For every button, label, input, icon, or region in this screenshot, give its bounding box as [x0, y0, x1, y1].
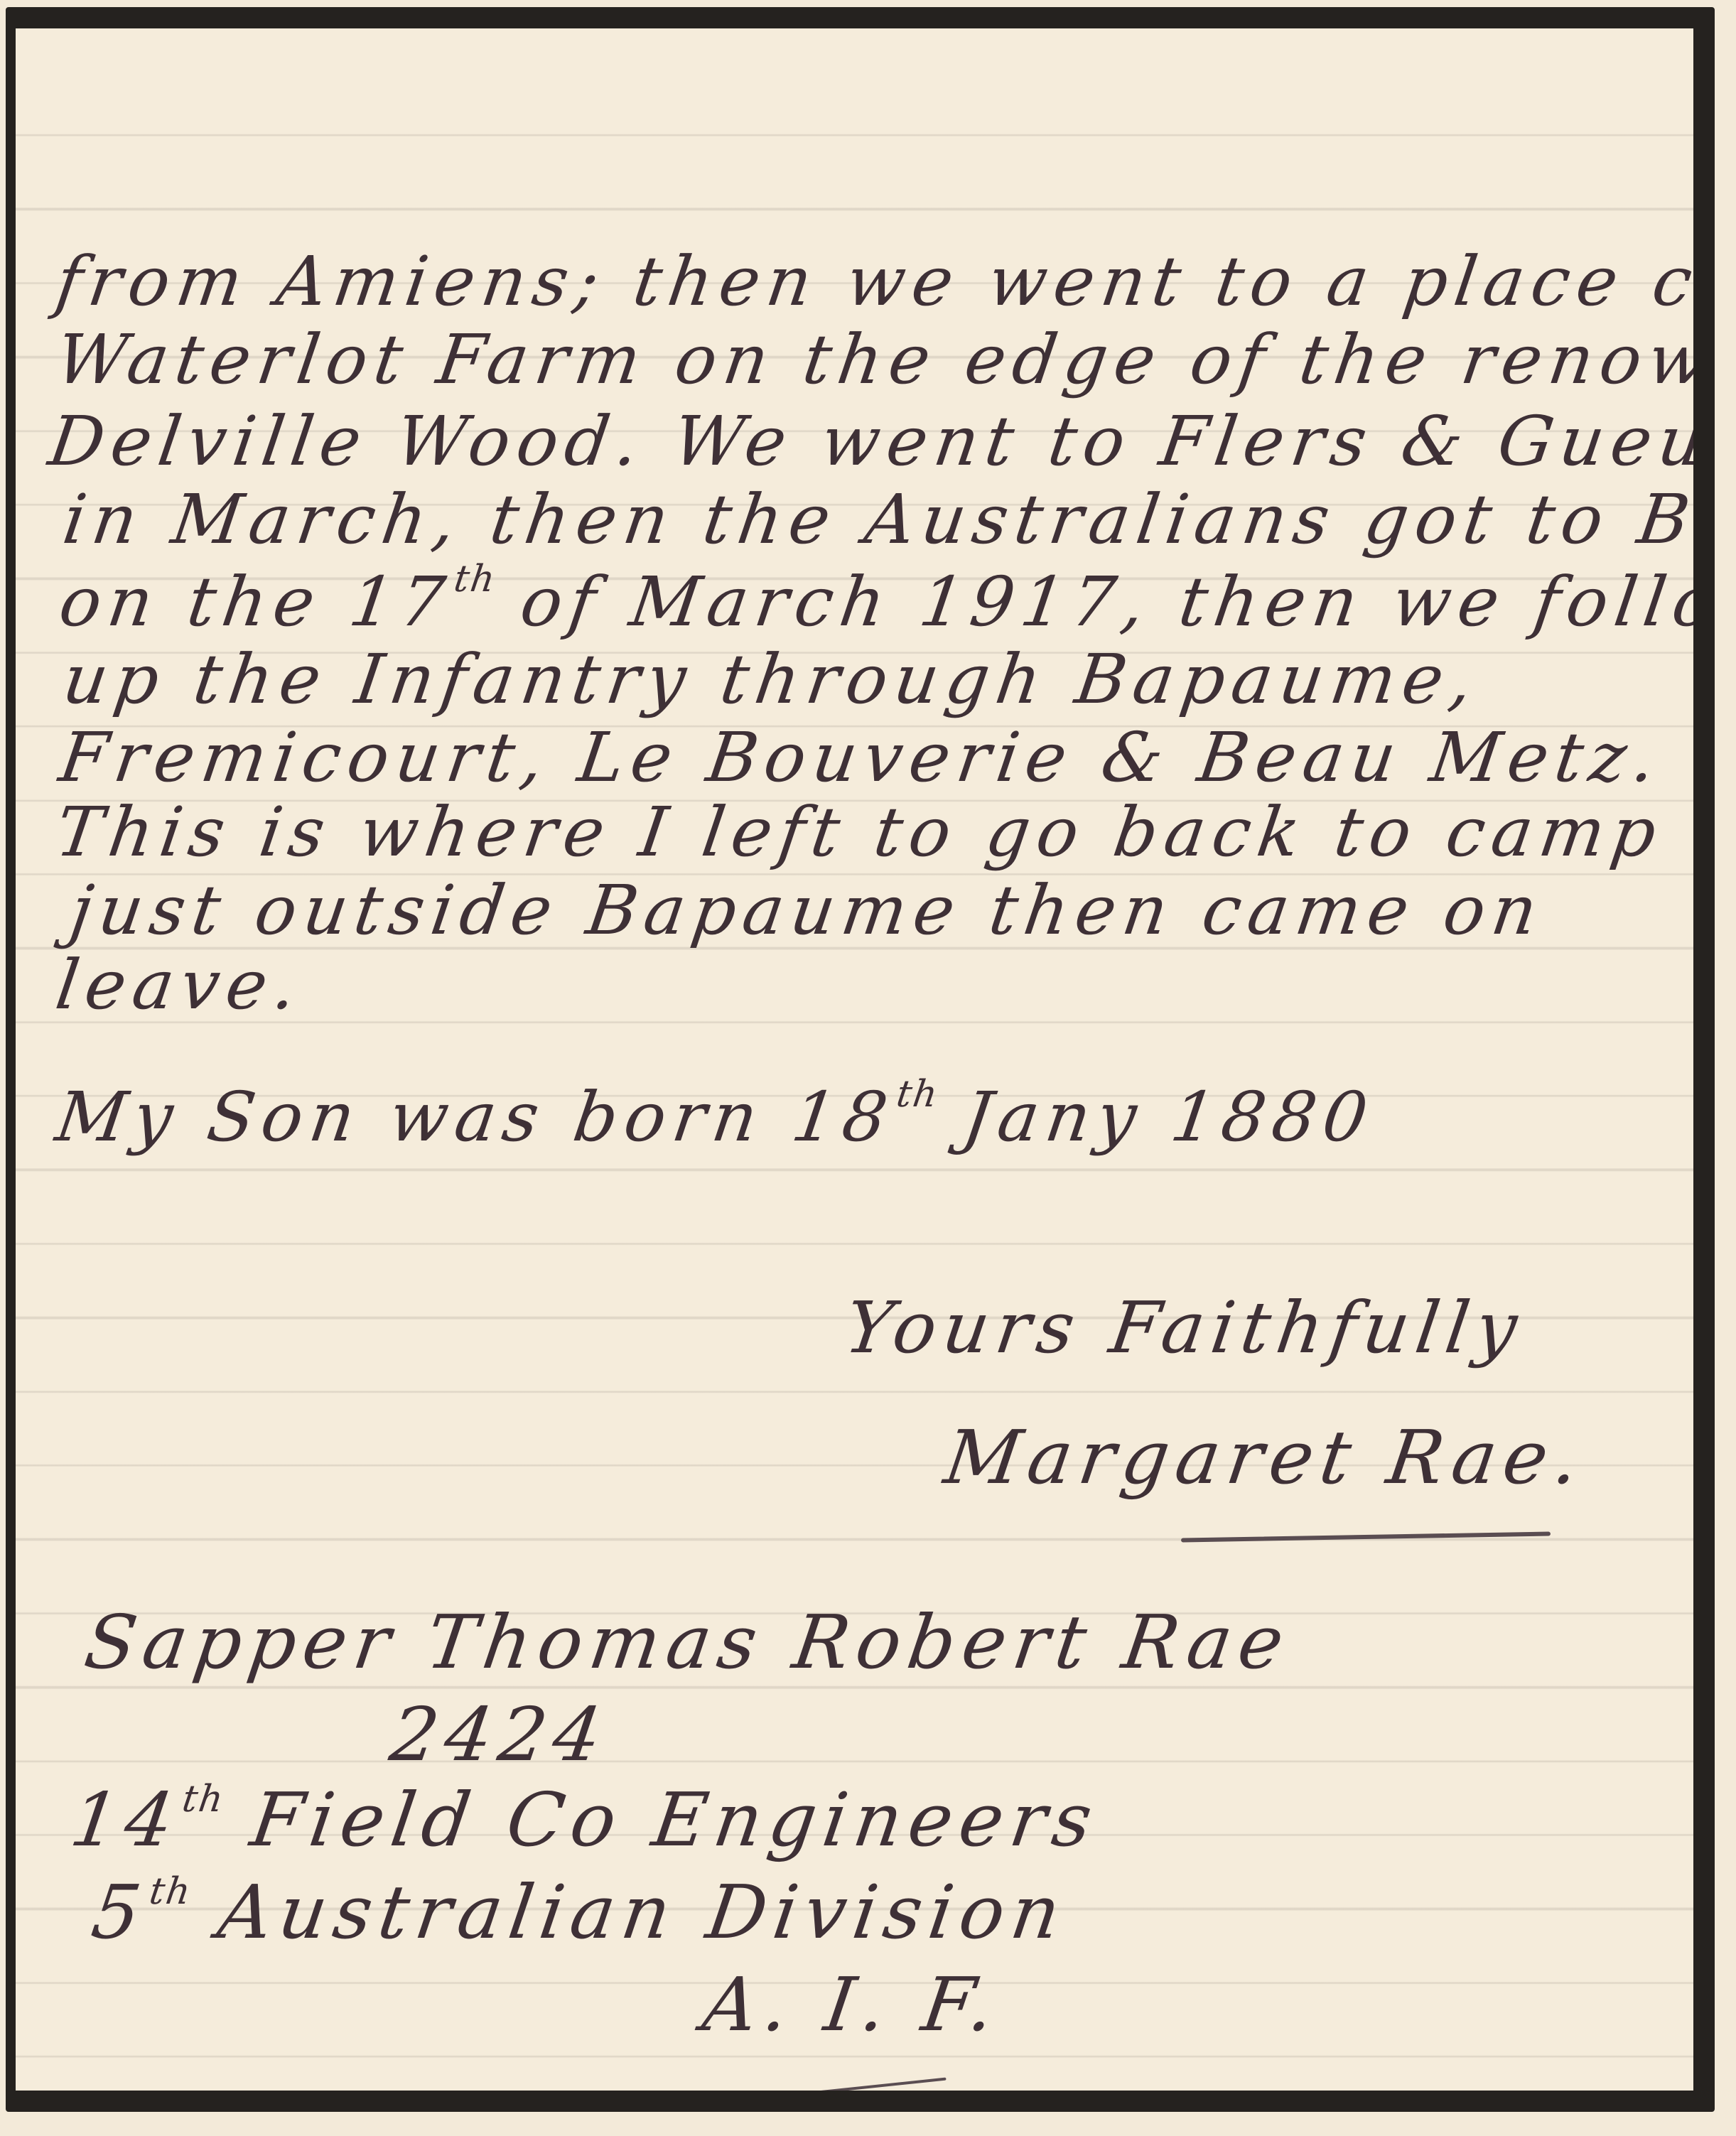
- division-ordinal-suffix: th: [147, 1870, 195, 1913]
- address-force: A. I. F.: [698, 1961, 1007, 2048]
- body-line-1: from Amiens; then we went to a place cal…: [51, 242, 1693, 321]
- division-number: 5: [87, 1869, 153, 1956]
- letter-page: from Amiens; then we went to a place cal…: [16, 28, 1693, 2091]
- signature-flourish: [1181, 1531, 1551, 1542]
- ordinal-suffix: th: [451, 558, 499, 600]
- date-rest: of March 1917, then we followed: [516, 562, 1693, 642]
- unit-number: 14: [65, 1776, 185, 1863]
- body-line-5: on the 17th of March 1917, then we follo…: [55, 558, 1693, 642]
- body-line-6: up the Infantry through Bapaume,: [58, 640, 1484, 719]
- division-name: Australian Division: [213, 1869, 1073, 1956]
- body-line-2: Waterlot Farm on the edge of the renowne…: [51, 320, 1693, 399]
- birth-note-prefix: My Son was born 18: [51, 1077, 900, 1157]
- closing: Yours Faithfully: [840, 1286, 1529, 1369]
- body-line-7: Fremicourt, Le Bouverie & Beau Metz.: [55, 718, 1668, 797]
- body-line-8: This is where I left to go back to camp: [51, 792, 1668, 872]
- body-line-4: in March, then the Australians got to Ba…: [58, 480, 1693, 559]
- address-rank-name: Sapper Thomas Robert Rae: [80, 1599, 1296, 1685]
- signature: Margaret Rae.: [939, 1414, 1591, 1501]
- birth-ordinal-suffix: th: [894, 1073, 942, 1116]
- birth-note-suffix: Jany 1880: [959, 1077, 1379, 1157]
- unit-ordinal-suffix: th: [180, 1778, 227, 1821]
- body-line-3: Delville Wood. We went to Flers & Gueude…: [44, 401, 1693, 481]
- address-service-number: 2424: [385, 1691, 614, 1778]
- address-unit: 14th Field Co Engineers: [65, 1776, 1104, 1863]
- date-day: on the 17: [55, 562, 457, 642]
- body-line-10: leave.: [51, 945, 308, 1025]
- closing-dash: [790, 2078, 946, 2091]
- body-line-9: just outside Bapaume then came on: [65, 870, 1549, 950]
- birth-note: My Son was born 18th Jany 1880: [51, 1073, 1380, 1157]
- unit-name: Field Co Engineers: [246, 1776, 1104, 1863]
- address-division: 5th Australian Division: [87, 1869, 1072, 1956]
